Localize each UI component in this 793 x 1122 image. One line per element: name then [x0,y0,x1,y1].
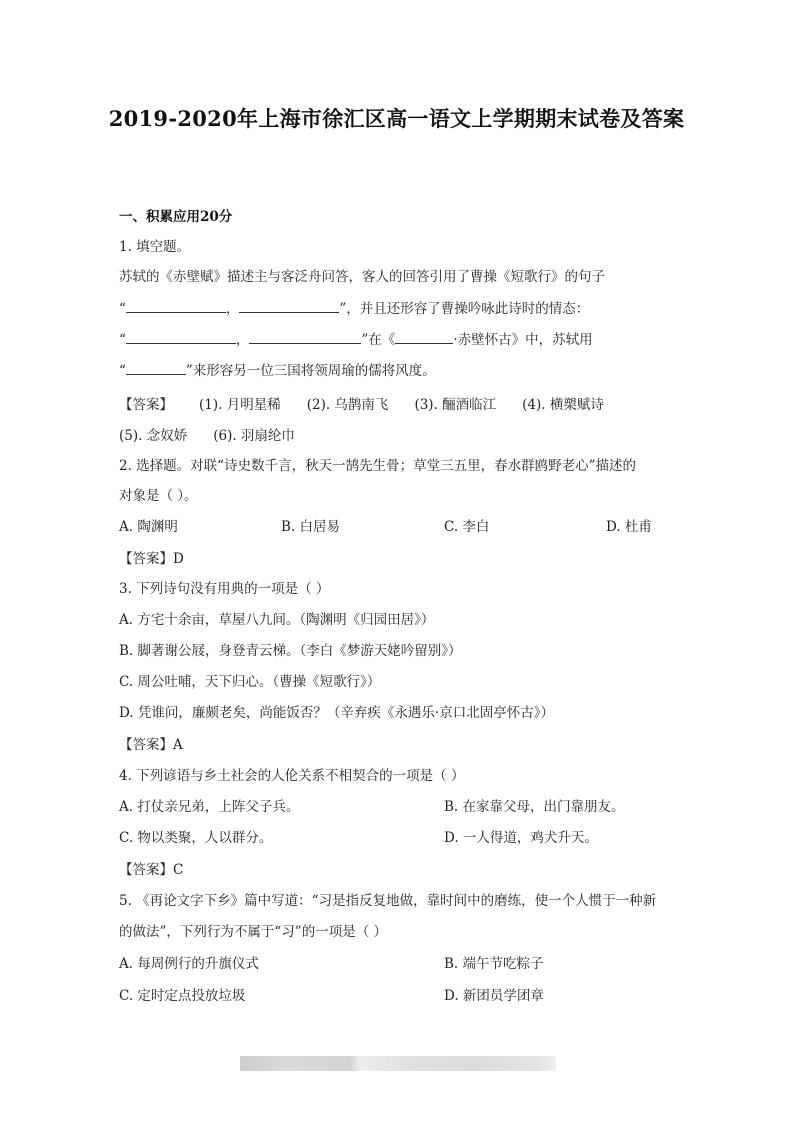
q1-line4-tail: ”来形容另一位三国将领周瑜的儒将风度。 [186,363,436,379]
q1-text-line4: “”来形容另一位三国将领周瑜的儒将风度。 [119,361,436,380]
quote-open: “ [119,301,126,317]
q5-option-b[interactable]: B. 端午节吃粽子 [444,955,544,973]
section-heading: 一、积累应用20分 [119,208,232,226]
q4-answer: 【答案】C [119,861,183,879]
q5-option-a[interactable]: A. 每周例行的升旗仪式 [119,955,259,973]
q5-stem-line2: 的做法”，下列行为不属于“习”的一项是（ ） [119,923,387,941]
answer-item: (5). 念奴娇 [119,427,187,445]
answer-item: (2). 乌鹊南飞 [307,396,389,414]
q3-answer: 【答案】A [119,736,183,754]
q3-option-c[interactable]: C. 周公吐哺，天下归心。（曹操《短歌行》） [119,673,380,691]
q1-label: 1. 填空题。 [119,238,190,256]
q4-option-d[interactable]: D. 一人得道，鸡犬升天。 [444,829,598,847]
q2-stem-line1: 2. 选择题。对联“诗史数千言，秋天一鹄先生骨；草堂三五里，春水群鸥野老心”描述… [119,457,636,475]
q1-text-line1: 苏轼的《赤壁赋》描述主与客泛舟问答，客人的回答引用了曹操《短歌行》的句子 [119,268,605,286]
q2-option-c[interactable]: C. 李白 [444,518,489,536]
q3-option-d[interactable]: D. 凭谁问，廉颇老矣，尚能饭否？（辛弃疾《永遇乐·京口北固亭怀古》） [119,704,554,722]
q1-line3-mid: ”在《 [361,332,395,348]
q4-stem: 4. 下列谚语与乡土社会的人伦关系不相契合的一项是（ ） [119,767,464,785]
fill-blank-5[interactable] [395,330,453,344]
fill-blank-2[interactable] [239,299,339,313]
q3-stem: 3. 下列诗句没有用典的一项是（ ） [119,580,329,598]
q2-answer: 【答案】D [119,550,184,568]
q4-option-a[interactable]: A. 打仗亲兄弟，上阵父子兵。 [119,798,299,816]
answer-item: (4). 横槊赋诗 [522,396,604,414]
q2-option-a[interactable]: A. 陶渊明 [119,518,178,536]
answer-item: (3). 酾酒临江 [414,396,496,414]
answer-label: 【答案】 [119,396,173,414]
q1-answer-row1: 【答案】(1). 月明星稀(2). 乌鹊南飞(3). 酾酒临江(4). 横槊赋诗 [119,396,604,414]
comma: ， [236,332,250,348]
blurred-footer-bar [240,1056,556,1071]
q1-text-line2: “，”，并且还形容了曹操吟咏此诗时的情态： [119,299,589,318]
q5-option-c[interactable]: C. 定时定点投放垃圾 [119,987,245,1005]
q4-option-c[interactable]: C. 物以类聚，人以群分。 [119,829,272,847]
q1-text-line3: “，”在《·赤壁怀古》中，苏轼用 [119,330,593,349]
fill-blank-1[interactable] [126,299,226,313]
q1-answer-row2: (5). 念奴娇(6). 羽扇纶巾 [119,427,317,445]
q3-option-a[interactable]: A. 方宅十余亩，草屋八九间。（陶渊明《归园田居》） [119,611,434,629]
fill-blank-6[interactable] [126,361,186,375]
fill-blank-3[interactable] [126,330,236,344]
q1-line3-tail: ·赤壁怀古》中，苏轼用 [453,332,592,348]
document-title: 2019-2020年上海市徐汇区高一语文上学期期末试卷及答案 [0,103,793,133]
q5-stem-line1: 5. 《再论文字下乡》篇中写道：“习是指反复地做，靠时间中的磨练，使一个人惯于一… [119,892,656,910]
quote-open: “ [119,363,126,379]
q4-option-b[interactable]: B. 在家靠父母，出门靠朋友。 [444,798,625,816]
q2-stem-line2: 对象是（ ）。 [119,487,198,505]
answer-item: (6). 羽扇纶巾 [213,427,295,445]
comma: ， [226,301,240,317]
q2-option-b[interactable]: B. 白居易 [281,518,340,536]
q5-option-d[interactable]: D. 新团员学团章 [444,987,544,1005]
q3-option-b[interactable]: B. 脚著谢公屐，身登青云梯。（李白《梦游天姥吟留别》） [119,642,462,660]
fill-blank-4[interactable] [249,330,361,344]
quote-open: “ [119,332,126,348]
q1-line2-tail: ”，并且还形容了曹操吟咏此诗时的情态： [339,301,589,317]
answer-item: (1). 月明星稀 [199,396,281,414]
q2-option-d[interactable]: D. 杜甫 [606,518,652,536]
document-page: 2019-2020年上海市徐汇区高一语文上学期期末试卷及答案 一、积累应用20分… [0,0,793,1122]
